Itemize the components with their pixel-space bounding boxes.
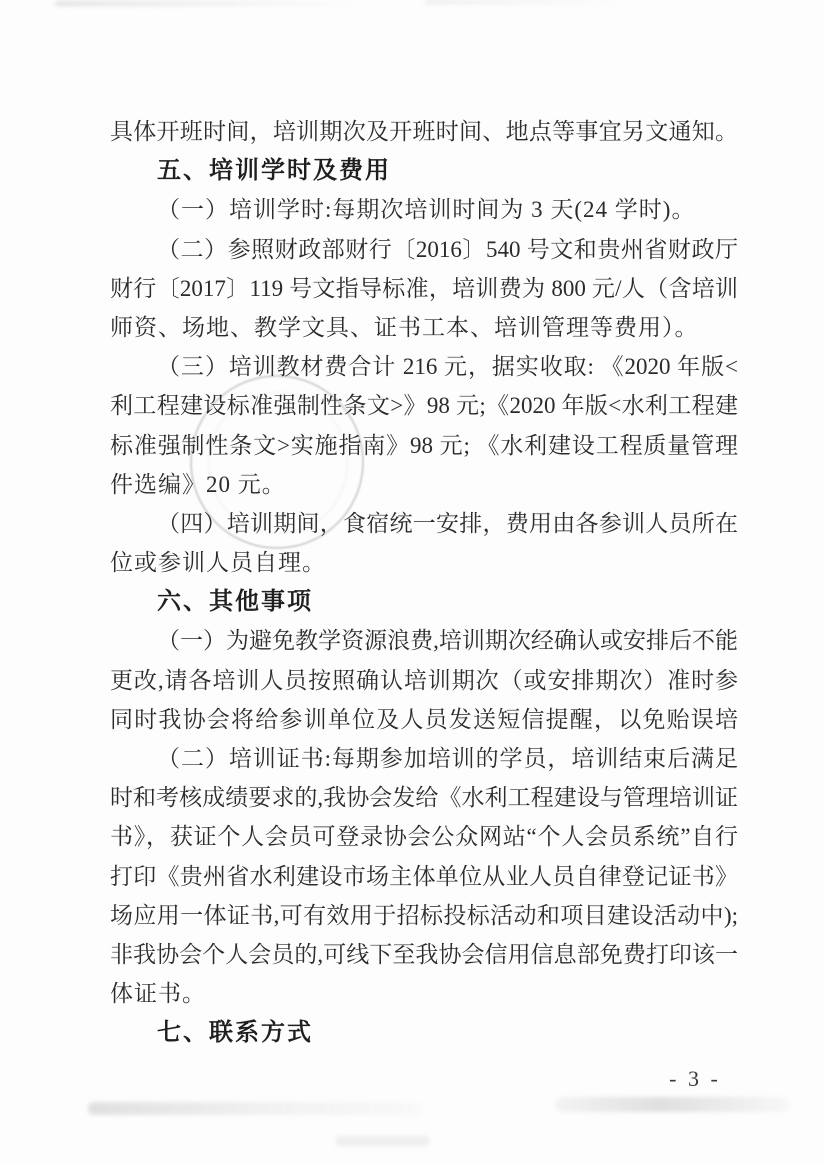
- scan-noise-bottom-right: [555, 1097, 790, 1112]
- text-line: 更改,请各培训人员按照确认培训期次（或安排期次）准时参训，: [110, 661, 738, 700]
- text-line: 件选编》20 元。: [110, 465, 738, 504]
- text-line: 师资、场地、教学文具、证书工本、培训管理等费用）。: [110, 308, 738, 347]
- text-line: （二）参照财政部财行〔2016〕540 号文和贵州省财政厅黔: [110, 230, 738, 269]
- text-line: （四）培训期间，食宿统一安排，费用由各参训人员所在单: [110, 504, 738, 543]
- scan-noise-top-left: [55, 1, 365, 6]
- text-line: （一）为避免教学资源浪费,培训期次经确认或安排后不能: [110, 621, 738, 660]
- section-heading: 六、其他事项: [110, 582, 738, 621]
- text-line: 同时我协会将给参训单位及人员发送短信提醒，以免贻误培训。: [110, 700, 738, 739]
- text-line: （三）培训教材费合计 216 元，据实收取: 《2020 年版<水: [110, 347, 738, 386]
- scan-noise-bottom-center: [335, 1136, 430, 1146]
- text-line: 非我协会个人会员的,可线下至我协会信用信息部免费打印该一: [110, 935, 738, 974]
- text-line: 利工程建设标准强制性条文>》98 元;《2020 年版<水利工程建设: [110, 386, 738, 425]
- text-line: 财行〔2017〕119 号文指导标准，培训费为 800 元/人（含培训: [110, 269, 738, 308]
- section-heading: 五、培训学时及费用: [110, 151, 738, 190]
- document-page: 具体开班时间，培训期次及开班时间、地点等事宜另文通知。五、培训学时及费用（一）培…: [0, 0, 823, 1164]
- text-line: 打印《贵州省水利建设市场主体单位从业人员自律登记证书》(市: [110, 857, 738, 896]
- document-body: 具体开班时间，培训期次及开班时间、地点等事宜另文通知。五、培训学时及费用（一）培…: [110, 112, 738, 1053]
- scan-noise-bottom-left: [88, 1102, 423, 1115]
- text-line: 书》，获证个人会员可登录协会公众网站“个人会员系统”自行: [110, 817, 738, 856]
- text-line: 时和考核成绩要求的,我协会发给《水利工程建设与管理培训证: [110, 778, 738, 817]
- text-line: （二）培训证书:每期参加培训的学员，培训结束后满足学: [110, 739, 738, 778]
- text-line: 体证书。: [110, 974, 738, 1013]
- page-number: - 3 -: [635, 1066, 755, 1096]
- text-line: 位或参训人员自理。: [110, 543, 738, 582]
- scan-noise-top-right: [425, 0, 635, 4]
- text-line: 具体开班时间，培训期次及开班时间、地点等事宜另文通知。: [110, 112, 738, 151]
- text-line: 场应用一体证书,可有效用于招标投标活动和项目建设活动中);: [110, 896, 738, 935]
- text-line: （一）培训学时:每期次培训时间为 3 天(24 学时)。: [110, 190, 738, 229]
- section-heading: 七、联系方式: [110, 1013, 738, 1052]
- text-line: 标准强制性条文>实施指南》98 元; 《水利建设工程质量管理文: [110, 426, 738, 465]
